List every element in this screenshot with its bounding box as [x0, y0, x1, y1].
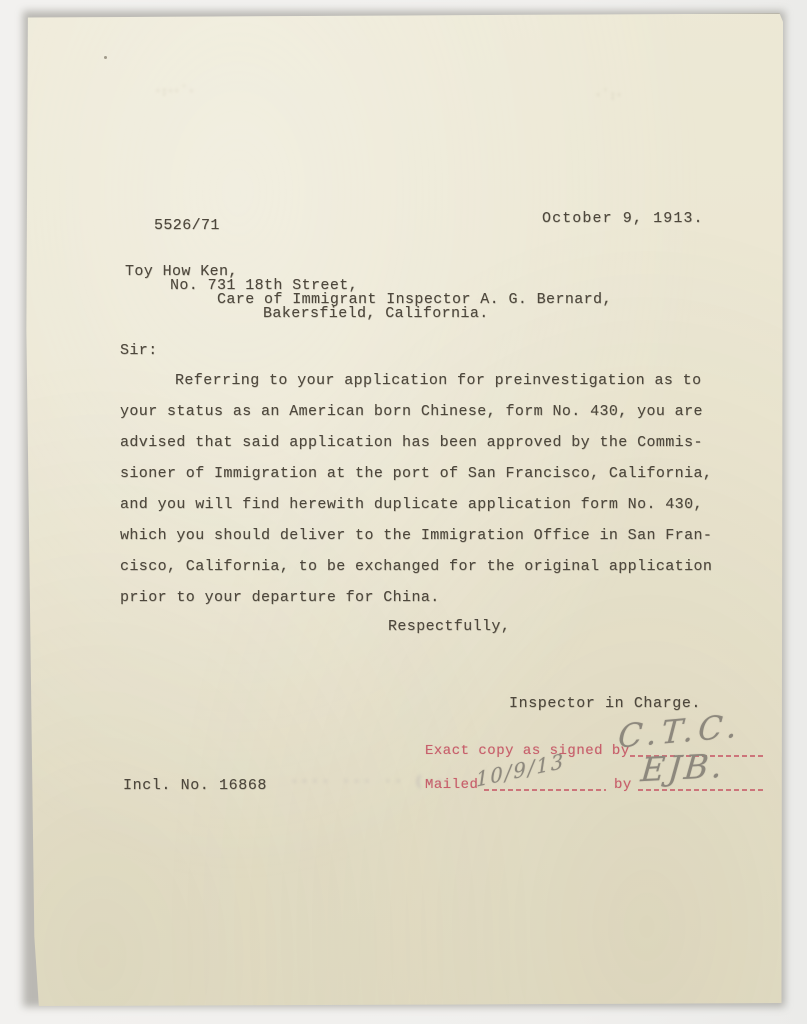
handwritten-mailed-initials: EJB.	[639, 746, 726, 790]
enclosure-number: Incl. No. 16868	[123, 777, 267, 794]
salutation: Sir:	[120, 342, 158, 359]
faint-stamp-smudge: ···· ··· ·· (··	[290, 774, 446, 790]
faint-pencil-mark-right: ·˙:·	[596, 88, 623, 103]
scan-background: { "colors": { "background": "#f0efed", "…	[0, 0, 807, 1024]
body-line: your status as an American born Chinese,…	[120, 396, 712, 427]
body-line: and you will find herewith duplicate app…	[120, 489, 712, 520]
faint-pencil-mark-left: ·:··˙·	[156, 84, 195, 99]
stamp-by-label: by	[614, 777, 632, 793]
letter-body: Referring to your application for preinv…	[120, 365, 712, 613]
closing: Respectfully,	[388, 618, 510, 635]
letter-paper: ·:··˙· ·˙:· 5526/71 October 9, 1913. Toy…	[26, 13, 783, 1006]
body-line: Referring to your application for preinv…	[120, 365, 712, 396]
paper-speck	[104, 56, 107, 59]
letter-date: October 9, 1913.	[542, 210, 704, 227]
stamp-dash-line	[638, 789, 764, 791]
body-line: advised that said application has been a…	[120, 427, 712, 458]
signature-title: Inspector in Charge.	[509, 695, 701, 712]
body-line: cisco, California, to be exchanged for t…	[120, 551, 712, 582]
file-number: 5526/71	[154, 217, 220, 234]
stamp-dash-line	[484, 789, 606, 791]
body-line: prior to your departure for China.	[120, 582, 712, 613]
recipient-address-line-3: Bakersfield, California.	[263, 305, 489, 322]
body-line: sioner of Immigration at the port of San…	[120, 458, 712, 489]
body-line: which you should deliver to the Immigrat…	[120, 520, 712, 551]
